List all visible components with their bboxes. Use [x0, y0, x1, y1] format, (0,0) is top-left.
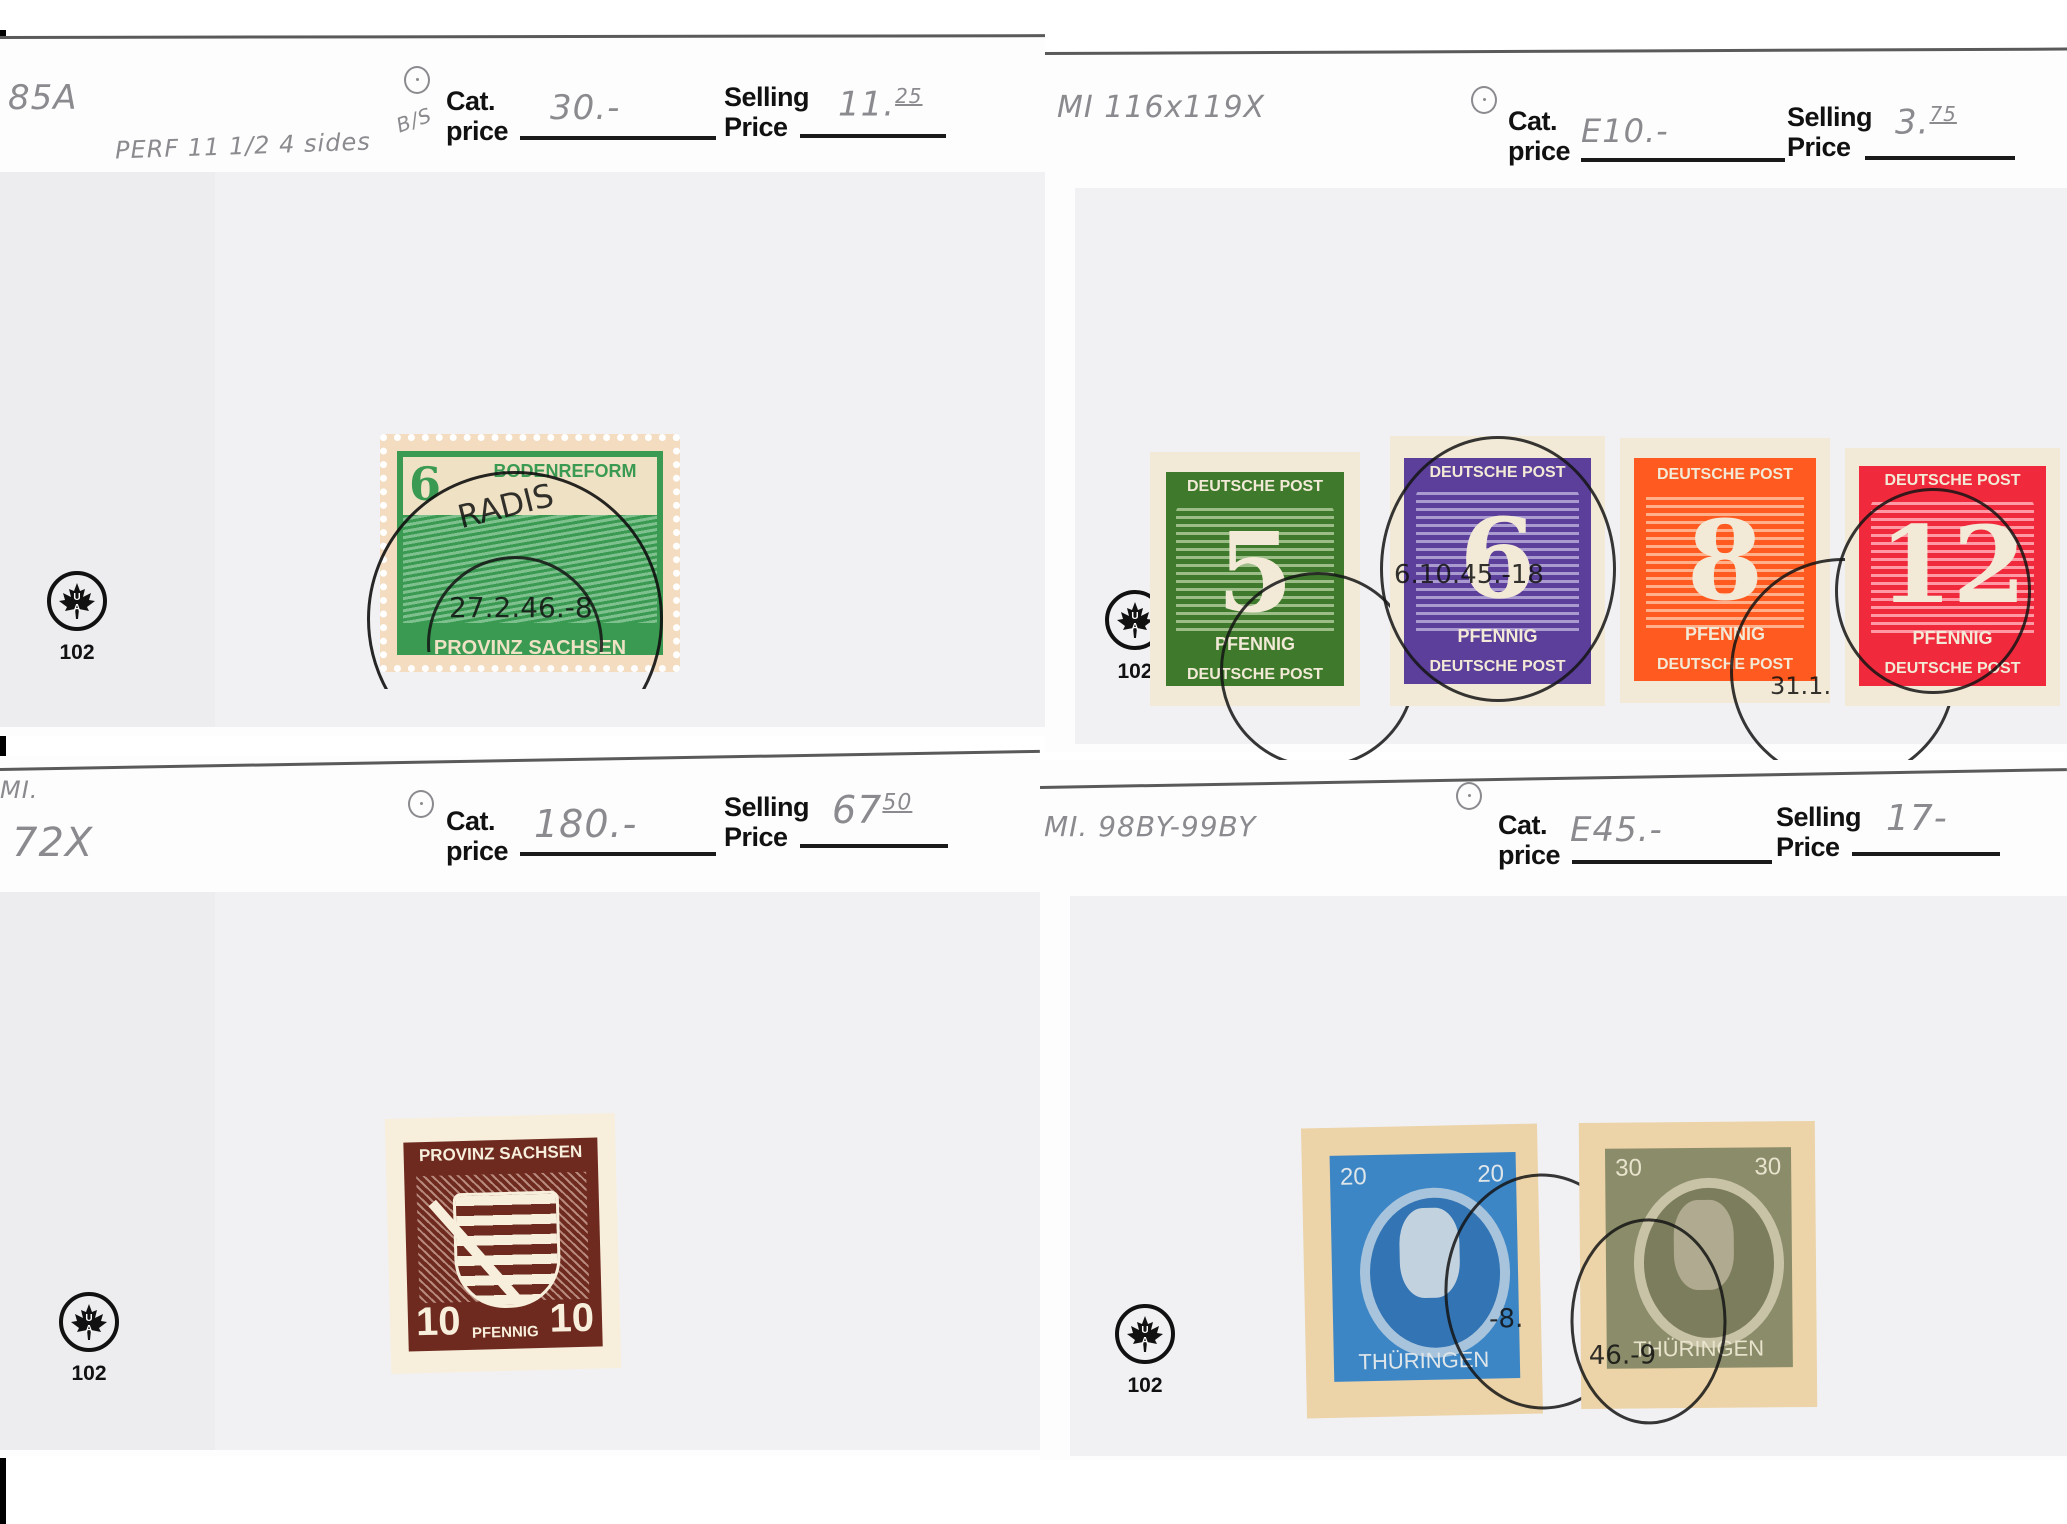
portrait-face: [1673, 1200, 1734, 1291]
stamp-30-goethe[interactable]: 30 30 THÜRINGEN 46.-9: [1579, 1121, 1817, 1409]
catalog-note: 85A: [8, 78, 78, 118]
cancel-date: 46.-9: [1589, 1340, 1657, 1371]
maple-leaf-icon: UA: [1125, 1314, 1165, 1354]
ua-logo: UA 102: [1110, 1304, 1180, 1398]
cat-price-line: [1572, 860, 1772, 864]
stamp-denomination: 8: [1620, 496, 1830, 625]
svg-text:A: A: [73, 603, 80, 614]
cat-price-value[interactable]: 180.-: [534, 802, 637, 846]
stamp-denomination: 6: [1390, 494, 1605, 623]
used-condition-mark: [408, 790, 434, 818]
selling-price-label: Selling Price: [724, 82, 809, 142]
card-top-edge: [0, 750, 1040, 771]
selling-price-line: [1865, 156, 2015, 160]
stamp-denomination: 12: [1845, 502, 2060, 627]
perforation-note: PERF 11 1/2 4 sides: [115, 128, 372, 165]
selling-price-value[interactable]: 17-: [1886, 798, 1948, 839]
stamp-10-pfennig-sachsen[interactable]: PROVINZ SACHSEN 10 10 PFENNIG: [385, 1113, 622, 1374]
ua-logo: UA 102: [54, 1292, 124, 1386]
card-top-edge: [1045, 48, 2067, 55]
maple-leaf-icon: UA: [1115, 600, 1155, 640]
cancel-date: 6.10.45.-18: [1394, 560, 1544, 590]
svg-text:U: U: [1141, 1325, 1148, 1336]
stamp-country: PROVINZ SACHSEN: [387, 637, 673, 660]
selling-price-value[interactable]: 11.25: [838, 84, 923, 124]
selling-price-value[interactable]: 6750: [832, 788, 912, 832]
cat-price-label: Cat. price: [1498, 810, 1560, 870]
used-condition-mark: [1471, 86, 1497, 114]
cat-price-value[interactable]: E45.-: [1570, 810, 1663, 850]
cat-price-value[interactable]: 30.-: [550, 88, 620, 128]
stamp-denomination: 5: [1150, 508, 1360, 637]
stamp-denomination-left: 20: [1340, 1163, 1367, 1192]
svg-text:A: A: [1131, 622, 1138, 633]
scan-edge-mark: [0, 1458, 6, 1524]
stamp-12-pfennig[interactable]: DEUTSCHE POST 12 PFENNIG DEUTSCHE POST: [1845, 448, 2060, 706]
logo-number: 102: [1110, 1374, 1180, 1398]
selling-price-line: [800, 134, 946, 138]
cancel-date: -8.: [1489, 1304, 1524, 1335]
selling-price-value[interactable]: 3.75: [1895, 102, 1957, 142]
stamp-title: BODENREFORM: [457, 461, 673, 482]
cat-price-line: [1581, 158, 1785, 162]
catalog-note: MI 116x119X: [1057, 90, 1265, 125]
stamp-mount-area: [1070, 896, 2067, 1456]
cat-price-label: Cat. price: [1508, 106, 1570, 166]
stamp-denomination-left: 30: [1615, 1154, 1642, 1182]
cancel-date: 27.2.46.-8: [449, 591, 593, 624]
maple-leaf-icon: UA: [57, 581, 97, 621]
stamp-denomination: 6: [409, 457, 441, 511]
ua-logo: UA 102: [42, 571, 112, 665]
stamp-8-pfennig[interactable]: DEUTSCHE POST 8 PFENNIG DEUTSCHE POST 31…: [1620, 438, 1830, 703]
stamp-card-bottom-left[interactable]: MI. 72X Cat. price 180.- Selling Price 6…: [0, 756, 1040, 1456]
stamp-20-goethe[interactable]: 20 20 THÜRINGEN -8.: [1301, 1124, 1543, 1419]
card-top-edge: [0, 34, 1045, 39]
cat-price-line: [520, 136, 716, 140]
back-side-note: B/S: [393, 103, 435, 138]
cancel-date: 31.1.: [1770, 672, 1831, 700]
stamp-bodenreform[interactable]: 6 BODENREFORM PROVINZ SACHSEN RADIS 27.2…: [380, 434, 680, 672]
catalog-note: MI.: [0, 776, 38, 804]
portrait-face: [1399, 1207, 1461, 1298]
svg-text:A: A: [1141, 1336, 1148, 1347]
catalog-note: MI. 98BY-99BY: [1044, 810, 1256, 843]
cat-price-label: Cat. price: [446, 86, 508, 146]
svg-text:U: U: [85, 1313, 92, 1324]
cat-price-value[interactable]: E10.-: [1581, 112, 1669, 150]
stamp-denomination-right: 20: [1477, 1160, 1504, 1189]
stamp-6-pfennig[interactable]: DEUTSCHE POST 6 PFENNIG DEUTSCHE POST 6.…: [1390, 436, 1605, 706]
used-condition-mark: [1456, 782, 1482, 810]
selling-price-label: Selling Price: [724, 792, 809, 852]
stamp-denomination-right: 30: [1754, 1153, 1781, 1181]
cat-price-line: [520, 852, 716, 856]
stamp-5-pfennig[interactable]: DEUTSCHE POST 5 PFENNIG DEUTSCHE POST: [1150, 452, 1360, 706]
stamp-card-top-right[interactable]: MI 116x119X Cat. price E10.- Selling Pri…: [1045, 52, 2067, 752]
svg-text:U: U: [1131, 611, 1138, 622]
stamp-card-bottom-right[interactable]: MI. 98BY-99BY Cat. price E45.- Selling P…: [1040, 760, 2067, 1460]
svg-text:U: U: [73, 592, 80, 603]
used-condition-mark: [404, 66, 430, 94]
stamp-card-top-left[interactable]: 85A PERF 11 1/2 4 sides B/S Cat. price 3…: [0, 36, 1045, 736]
selling-price-line: [800, 844, 948, 848]
catalog-number: 72X: [12, 820, 93, 866]
maple-leaf-icon: UA: [69, 1302, 109, 1342]
cat-price-label: Cat. price: [446, 806, 508, 866]
svg-text:A: A: [85, 1324, 92, 1335]
card-top-edge: [1040, 768, 2067, 789]
selling-price-label: Selling Price: [1776, 802, 1861, 862]
selling-price-label: Selling Price: [1787, 102, 1872, 162]
logo-number: 102: [42, 641, 112, 665]
selling-price-line: [1852, 852, 2000, 856]
logo-number: 102: [54, 1362, 124, 1386]
